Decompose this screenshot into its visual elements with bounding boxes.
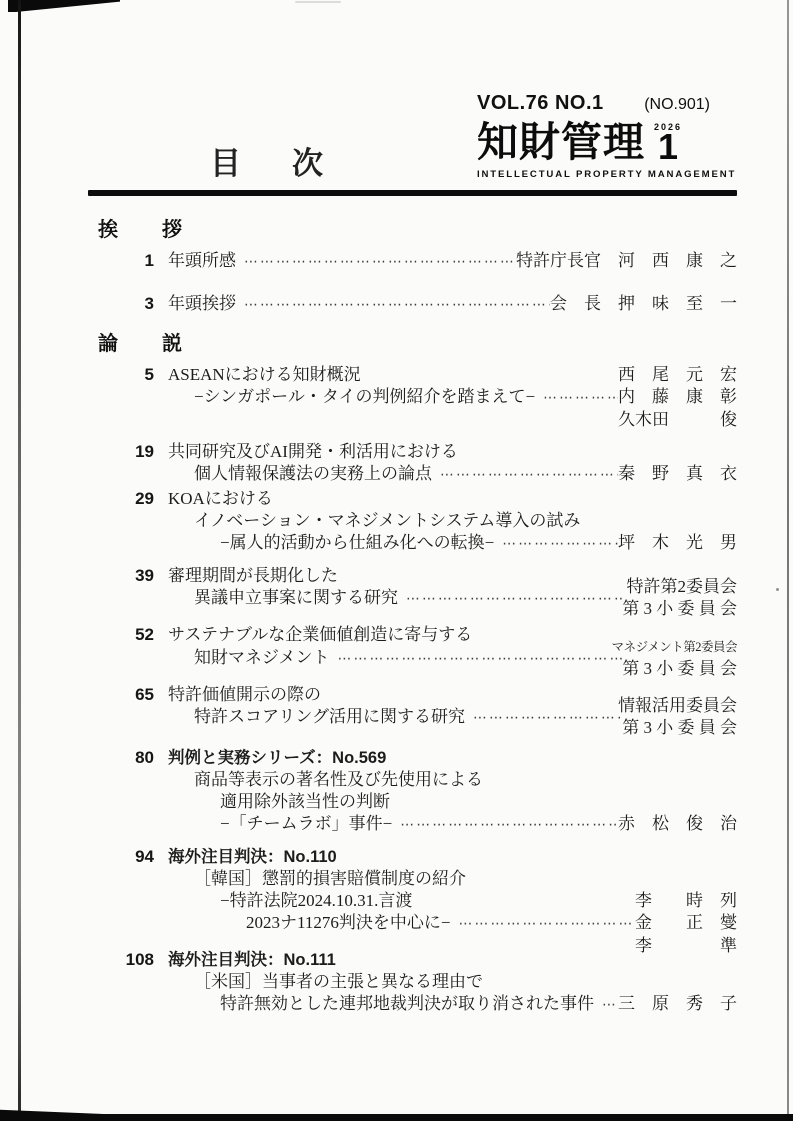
- entry-title: 2023ナ11276判決を中心に−: [168, 912, 450, 934]
- entry-body: ASEANにおける知財概況西 尾 元 宏−シンガポール・タイの判例紹介を踏まえて…: [154, 364, 737, 431]
- leader-dots: ⋯⋯⋯⋯⋯⋯⋯⋯⋯⋯⋯⋯⋯⋯⋯⋯⋯⋯⋯⋯⋯⋯⋯⋯⋯⋯⋯⋯⋯⋯⋯⋯⋯⋯⋯⋯⋯⋯⋯⋯…: [494, 533, 618, 555]
- entry-page-number: 5: [90, 364, 154, 431]
- entry-title: 特許価値開示の際の: [168, 684, 321, 706]
- header-rule: [88, 190, 737, 196]
- entry-title: −属人的活動から仕組み化への転換−: [168, 532, 494, 554]
- entry-title: 審理期間が長期化した: [168, 565, 338, 587]
- toc-entry-row: −属人的活動から仕組み化への転換−⋯⋯⋯⋯⋯⋯⋯⋯⋯⋯⋯⋯⋯⋯⋯⋯⋯⋯⋯⋯⋯⋯⋯…: [168, 532, 737, 555]
- entry-title: 年頭所感: [168, 250, 236, 272]
- toc-entries: 挨 拶1年頭所感⋯⋯⋯⋯⋯⋯⋯⋯⋯⋯⋯⋯⋯⋯⋯⋯⋯⋯⋯⋯⋯⋯⋯⋯⋯⋯⋯⋯⋯⋯⋯⋯…: [90, 218, 737, 1026]
- toc-entry: 65特許価値開示の際の情報活用委員会特許スコアリング活用に関する研究⋯⋯⋯⋯⋯⋯…: [90, 684, 737, 729]
- magazine-title: 知財管理: [477, 122, 645, 163]
- entry-body: 年頭所感⋯⋯⋯⋯⋯⋯⋯⋯⋯⋯⋯⋯⋯⋯⋯⋯⋯⋯⋯⋯⋯⋯⋯⋯⋯⋯⋯⋯⋯⋯⋯⋯⋯⋯⋯⋯…: [154, 250, 737, 273]
- toc-title: 目 次: [210, 138, 333, 183]
- entry-title: KOAにおける: [168, 488, 273, 510]
- toc-entry-row: KOAにおける: [168, 488, 737, 510]
- toc-entry: 94海外注目判決：No.110［韓国］懲罰的損害賠償制度の紹介−特許法院2024…: [90, 846, 737, 957]
- scan-smudge: [295, 1, 341, 3]
- toc-entry-row: 個人情報保護法の実務上の論点⋯⋯⋯⋯⋯⋯⋯⋯⋯⋯⋯⋯⋯⋯⋯⋯⋯⋯⋯⋯⋯⋯⋯⋯⋯⋯…: [168, 463, 737, 486]
- entry-author: 情報活用委員会: [618, 695, 737, 717]
- entry-author: 内 藤 康 彰: [618, 386, 737, 408]
- leader-dots: ⋯⋯⋯⋯⋯⋯⋯⋯⋯⋯⋯⋯⋯⋯⋯⋯⋯⋯⋯⋯⋯⋯⋯⋯⋯⋯⋯⋯⋯⋯⋯⋯⋯⋯⋯⋯⋯⋯⋯⋯…: [594, 994, 618, 1016]
- entry-title: −特許法院2024.10.31.言渡: [168, 890, 412, 912]
- toc-entry-row: 適用除外該当性の判断: [168, 791, 737, 813]
- section-heading: 論 説: [98, 332, 737, 356]
- entry-page-number: 3: [90, 293, 154, 316]
- leader-dots: ⋯⋯⋯⋯⋯⋯⋯⋯⋯⋯⋯⋯⋯⋯⋯⋯⋯⋯⋯⋯⋯⋯⋯⋯⋯⋯⋯⋯⋯⋯⋯⋯⋯⋯⋯⋯⋯⋯⋯⋯…: [535, 387, 618, 409]
- entry-title: 海外注目判決：No.110: [168, 846, 337, 868]
- volume-line: VOL.76 NO.1 (NO.901): [477, 92, 710, 115]
- entry-author: 李 時 列: [635, 890, 737, 912]
- entry-author: 金 正 燮: [635, 912, 737, 934]
- toc-entry: 52サステナブルな企業価値創造に寄与するマネジメント第2委員会知財マネジメント⋯…: [90, 624, 737, 670]
- entry-body: 年頭挨拶⋯⋯⋯⋯⋯⋯⋯⋯⋯⋯⋯⋯⋯⋯⋯⋯⋯⋯⋯⋯⋯⋯⋯⋯⋯⋯⋯⋯⋯⋯⋯⋯⋯⋯⋯⋯…: [154, 293, 737, 316]
- entry-page-number: 65: [90, 684, 154, 729]
- issue-month: 1: [658, 132, 678, 163]
- entry-page-number: 29: [90, 488, 154, 555]
- entry-title: 知財マネジメント: [168, 647, 330, 669]
- toc-entry-row: 共同研究及びAI開発・利活用における: [168, 441, 737, 463]
- entry-author: 三 原 秀 子: [618, 993, 737, 1015]
- entry-title: 異議申立事案に関する研究: [168, 587, 398, 609]
- entry-body: 特許価値開示の際の情報活用委員会特許スコアリング活用に関する研究⋯⋯⋯⋯⋯⋯⋯⋯…: [154, 684, 737, 729]
- entry-page-number: 108: [90, 949, 154, 1016]
- entry-author: 特許第2委員会: [627, 576, 738, 598]
- toc-entry: 3年頭挨拶⋯⋯⋯⋯⋯⋯⋯⋯⋯⋯⋯⋯⋯⋯⋯⋯⋯⋯⋯⋯⋯⋯⋯⋯⋯⋯⋯⋯⋯⋯⋯⋯⋯⋯⋯…: [90, 293, 737, 316]
- entry-body: KOAにおけるイノベーション・マネジメントシステム導入の試み−属人的活動から仕組…: [154, 488, 737, 555]
- leader-dots: ⋯⋯⋯⋯⋯⋯⋯⋯⋯⋯⋯⋯⋯⋯⋯⋯⋯⋯⋯⋯⋯⋯⋯⋯⋯⋯⋯⋯⋯⋯⋯⋯⋯⋯⋯⋯⋯⋯⋯⋯…: [236, 294, 550, 316]
- entry-author: マネジメント第2委員会: [612, 636, 737, 658]
- scan-speck: [776, 588, 779, 591]
- leader-dots: ⋯⋯⋯⋯⋯⋯⋯⋯⋯⋯⋯⋯⋯⋯⋯⋯⋯⋯⋯⋯⋯⋯⋯⋯⋯⋯⋯⋯⋯⋯⋯⋯⋯⋯⋯⋯⋯⋯⋯⋯…: [398, 588, 622, 610]
- toc-entry-row: 海外注目判決：No.110: [168, 846, 737, 868]
- toc-entry: 39審理期間が長期化した特許第2委員会異議申立事案に関する研究⋯⋯⋯⋯⋯⋯⋯⋯⋯…: [90, 565, 737, 610]
- toc-entry-row: ［韓国］懲罰的損害賠償制度の紹介: [168, 868, 737, 890]
- toc-entry-row: −特許法院2024.10.31.言渡李 時 列: [168, 890, 737, 912]
- leader-dots: ⋯⋯⋯⋯⋯⋯⋯⋯⋯⋯⋯⋯⋯⋯⋯⋯⋯⋯⋯⋯⋯⋯⋯⋯⋯⋯⋯⋯⋯⋯⋯⋯⋯⋯⋯⋯⋯⋯⋯⋯…: [330, 648, 623, 670]
- toc-entry-row: 年頭挨拶⋯⋯⋯⋯⋯⋯⋯⋯⋯⋯⋯⋯⋯⋯⋯⋯⋯⋯⋯⋯⋯⋯⋯⋯⋯⋯⋯⋯⋯⋯⋯⋯⋯⋯⋯⋯…: [168, 293, 737, 316]
- toc-entry: 108海外注目判決：No.111［米国］当事者の主張と異なる理由で特許無効とした…: [90, 949, 737, 1016]
- section-heading: 挨 拶: [98, 218, 737, 242]
- entry-page-number: 80: [90, 747, 154, 836]
- entry-body: 海外注目判決：No.111［米国］当事者の主張と異なる理由で特許無効とした連邦地…: [154, 949, 737, 1016]
- toc-entry-row: 久木田 俊: [168, 409, 737, 431]
- entry-body: 海外注目判決：No.110［韓国］懲罰的損害賠償制度の紹介−特許法院2024.1…: [154, 846, 737, 957]
- toc-entry: 29KOAにおけるイノベーション・マネジメントシステム導入の試み−属人的活動から…: [90, 488, 737, 555]
- toc-entry-row: 審理期間が長期化した特許第2委員会: [168, 565, 737, 587]
- entry-page-number: 52: [90, 624, 154, 670]
- magazine-logo: 知財管理 2026 1: [477, 122, 710, 163]
- entry-author: 会 長 押 味 至 一: [550, 293, 737, 315]
- entry-author: 坪 木 光 男: [618, 532, 737, 554]
- toc-entry-row: −シンガポール・タイの判例紹介を踏まえて−⋯⋯⋯⋯⋯⋯⋯⋯⋯⋯⋯⋯⋯⋯⋯⋯⋯⋯⋯…: [168, 386, 737, 409]
- entry-author: 秦 野 真 衣: [618, 463, 737, 485]
- entry-author: 西 尾 元 宏: [618, 364, 737, 386]
- entry-title: 商品等表示の著名性及び先使用による: [168, 769, 483, 791]
- entry-page-number: 94: [90, 846, 154, 957]
- entry-title: イノベーション・マネジメントシステム導入の試み: [168, 510, 580, 532]
- entry-body: サステナブルな企業価値創造に寄与するマネジメント第2委員会知財マネジメント⋯⋯⋯…: [154, 624, 737, 670]
- leader-dots: ⋯⋯⋯⋯⋯⋯⋯⋯⋯⋯⋯⋯⋯⋯⋯⋯⋯⋯⋯⋯⋯⋯⋯⋯⋯⋯⋯⋯⋯⋯⋯⋯⋯⋯⋯⋯⋯⋯⋯⋯…: [450, 913, 635, 935]
- entry-author: 赤 松 俊 治: [618, 813, 737, 835]
- toc-entry-row: 特許無効とした連邦地裁判決が取り消された事件⋯⋯⋯⋯⋯⋯⋯⋯⋯⋯⋯⋯⋯⋯⋯⋯⋯⋯…: [168, 993, 737, 1016]
- toc-entry: 80判例と実務シリーズ：No.569商品等表示の著名性及び先使用による適用除外該…: [90, 747, 737, 836]
- toc-entry-row: ASEANにおける知財概況西 尾 元 宏: [168, 364, 737, 386]
- entry-title: 適用除外該当性の判断: [168, 791, 390, 813]
- entry-title: サステナブルな企業価値創造に寄与する: [168, 624, 472, 646]
- toc-entry: 1年頭所感⋯⋯⋯⋯⋯⋯⋯⋯⋯⋯⋯⋯⋯⋯⋯⋯⋯⋯⋯⋯⋯⋯⋯⋯⋯⋯⋯⋯⋯⋯⋯⋯⋯⋯⋯…: [90, 250, 737, 273]
- toc-entry: 19共同研究及びAI開発・利活用における個人情報保護法の実務上の論点⋯⋯⋯⋯⋯⋯…: [90, 441, 737, 486]
- toc-entry-row: サステナブルな企業価値創造に寄与するマネジメント第2委員会: [168, 624, 737, 647]
- magazine-toc-page: 目 次 VOL.76 NO.1 (NO.901) 知財管理 2026 1 INT…: [0, 0, 793, 1121]
- toc-entry-row: 2023ナ11276判決を中心に−⋯⋯⋯⋯⋯⋯⋯⋯⋯⋯⋯⋯⋯⋯⋯⋯⋯⋯⋯⋯⋯⋯⋯…: [168, 912, 737, 935]
- entry-page-number: 39: [90, 565, 154, 610]
- toc-entry-row: 商品等表示の著名性及び先使用による: [168, 769, 737, 791]
- scan-edge-right: [787, 0, 789, 1121]
- entry-title: 特許無効とした連邦地裁判決が取り消された事件: [168, 993, 594, 1015]
- leader-dots: ⋯⋯⋯⋯⋯⋯⋯⋯⋯⋯⋯⋯⋯⋯⋯⋯⋯⋯⋯⋯⋯⋯⋯⋯⋯⋯⋯⋯⋯⋯⋯⋯⋯⋯⋯⋯⋯⋯⋯⋯…: [392, 814, 618, 836]
- entry-author: 第 3 小 委 員 会: [622, 717, 737, 739]
- toc-entry-row: イノベーション・マネジメントシステム導入の試み: [168, 510, 737, 532]
- toc-entry-row: 判例と実務シリーズ：No.569: [168, 747, 737, 769]
- toc-entry-row: 年頭所感⋯⋯⋯⋯⋯⋯⋯⋯⋯⋯⋯⋯⋯⋯⋯⋯⋯⋯⋯⋯⋯⋯⋯⋯⋯⋯⋯⋯⋯⋯⋯⋯⋯⋯⋯⋯…: [168, 250, 737, 273]
- issue-date: 2026 1: [654, 122, 682, 163]
- entry-author: 久木田 俊: [618, 409, 737, 431]
- entry-title: −「チームラボ」事件−: [168, 813, 392, 835]
- entry-author: 第 3 小 委 員 会: [622, 658, 737, 680]
- toc-entry-row: −「チームラボ」事件−⋯⋯⋯⋯⋯⋯⋯⋯⋯⋯⋯⋯⋯⋯⋯⋯⋯⋯⋯⋯⋯⋯⋯⋯⋯⋯⋯⋯⋯…: [168, 813, 737, 836]
- toc-entry-row: ［米国］当事者の主張と異なる理由で: [168, 971, 737, 993]
- entry-body: 共同研究及びAI開発・利活用における個人情報保護法の実務上の論点⋯⋯⋯⋯⋯⋯⋯⋯…: [154, 441, 737, 486]
- scan-edge-top: [8, 0, 120, 12]
- leader-dots: ⋯⋯⋯⋯⋯⋯⋯⋯⋯⋯⋯⋯⋯⋯⋯⋯⋯⋯⋯⋯⋯⋯⋯⋯⋯⋯⋯⋯⋯⋯⋯⋯⋯⋯⋯⋯⋯⋯⋯⋯…: [236, 251, 516, 273]
- volume-number: VOL.76 NO.1: [477, 92, 604, 115]
- magazine-subtitle: INTELLECTUAL PROPERTY MANAGEMENT: [477, 169, 710, 180]
- entry-title: ［韓国］懲罰的損害賠償制度の紹介: [168, 868, 466, 890]
- toc-entry-row: 特許価値開示の際の情報活用委員会: [168, 684, 737, 706]
- leader-dots: ⋯⋯⋯⋯⋯⋯⋯⋯⋯⋯⋯⋯⋯⋯⋯⋯⋯⋯⋯⋯⋯⋯⋯⋯⋯⋯⋯⋯⋯⋯⋯⋯⋯⋯⋯⋯⋯⋯⋯⋯…: [465, 707, 622, 729]
- entry-author: 第 3 小 委 員 会: [622, 598, 737, 620]
- toc-entry: 5ASEANにおける知財概況西 尾 元 宏−シンガポール・タイの判例紹介を踏まえ…: [90, 364, 737, 431]
- entry-title: 個人情報保護法の実務上の論点: [168, 463, 432, 485]
- entry-author: 特許庁長官 河 西 康 之: [516, 250, 737, 272]
- entry-title: 特許スコアリング活用に関する研究: [168, 706, 465, 728]
- entry-body: 判例と実務シリーズ：No.569商品等表示の著名性及び先使用による適用除外該当性…: [154, 747, 737, 836]
- entry-title: ASEANにおける知財概況: [168, 364, 361, 386]
- entry-title: 海外注目判決：No.111: [168, 949, 336, 971]
- entry-title: 判例と実務シリーズ：No.569: [168, 747, 386, 769]
- leader-dots: ⋯⋯⋯⋯⋯⋯⋯⋯⋯⋯⋯⋯⋯⋯⋯⋯⋯⋯⋯⋯⋯⋯⋯⋯⋯⋯⋯⋯⋯⋯⋯⋯⋯⋯⋯⋯⋯⋯⋯⋯…: [432, 464, 618, 486]
- entry-body: 審理期間が長期化した特許第2委員会異議申立事案に関する研究⋯⋯⋯⋯⋯⋯⋯⋯⋯⋯⋯…: [154, 565, 737, 610]
- toc-entry-row: 海外注目判決：No.111: [168, 949, 737, 971]
- magazine-brand: VOL.76 NO.1 (NO.901) 知財管理 2026 1 INTELLE…: [477, 92, 710, 180]
- entry-title: ［米国］当事者の主張と異なる理由で: [168, 971, 483, 993]
- entry-page-number: 1: [90, 250, 154, 273]
- entry-page-number: 19: [90, 441, 154, 486]
- issue-code: (NO.901): [644, 96, 710, 114]
- entry-title: 年頭挨拶: [168, 293, 236, 315]
- entry-title: −シンガポール・タイの判例紹介を踏まえて−: [168, 386, 535, 408]
- scan-edge-left: [18, 0, 21, 1121]
- entry-title: 共同研究及びAI開発・利活用における: [168, 441, 458, 463]
